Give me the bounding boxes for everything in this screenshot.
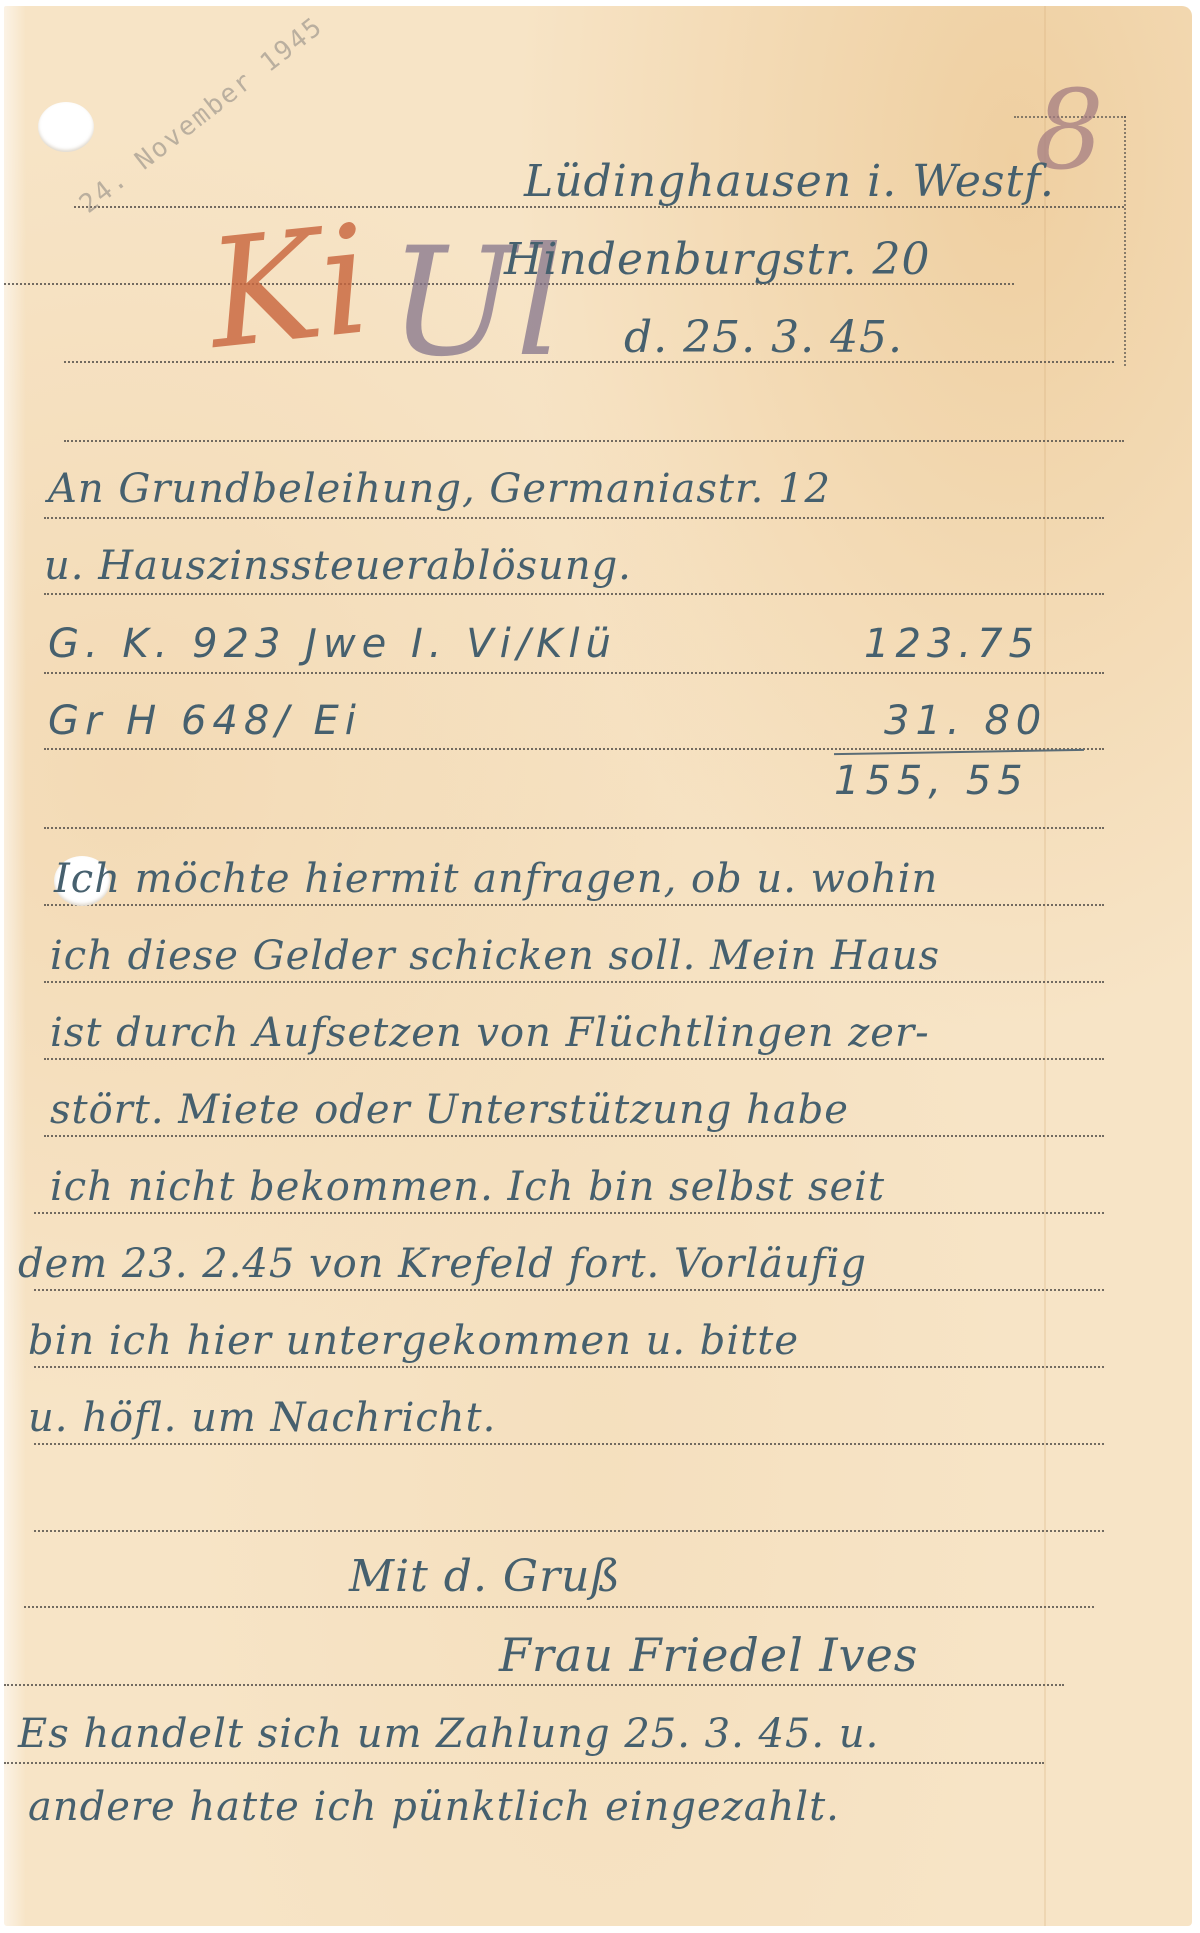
ruled-line [4,1684,1064,1686]
ruled-line [34,1289,1104,1291]
body-line: ist durch Aufsetzen von Flüchtlingen zer… [50,1010,930,1056]
ruled-line [44,1058,1104,1060]
ruled-line [34,1443,1104,1445]
account-ref: Gr H 648/ Ei [48,698,362,744]
account-amount: 123.75 [864,621,1040,667]
ruled-line [64,440,1124,442]
ruled-line [44,517,1104,519]
ruled-line [34,1366,1104,1368]
letter-paper: 8 24. November 1945 Ki Ul Lüdinghausen i… [4,6,1192,1926]
ruled-line [44,672,1104,674]
ruled-line [44,748,1104,750]
body-line: ich diese Gelder schicken soll. Mein Hau… [50,933,940,979]
ruled-line [44,904,1104,906]
sender-place: Lüdinghausen i. Westf. [524,156,1055,207]
red-pencil-initials: Ki [200,193,377,383]
ruled-line [44,981,1104,983]
body-line: bin ich hier untergekommen u. bitte [28,1318,799,1364]
body-line: Ich möchte hiermit anfragen, ob u. wohin [54,856,938,902]
body-line: stört. Miete oder Unterstützung habe [50,1087,849,1133]
punch-hole [38,102,94,152]
body-line: u. höfl. um Nachricht. [28,1395,496,1441]
recipient-line-1: An Grundbeleihung, Germaniastr. 12 [48,466,831,512]
ruled-line [44,593,1104,595]
corner-box-line [1124,116,1126,366]
letter-date: d. 25. 3. 45. [624,312,903,363]
closing: Mit d. Gruß [349,1551,621,1602]
ruled-line [44,1135,1104,1137]
ruled-line [44,827,1104,829]
body-line: ich nicht bekommen. Ich bin selbst seit [50,1164,885,1210]
postscript-line: Es handelt sich um Zahlung 25. 3. 45. u. [18,1711,879,1757]
total-amount: 155, 55 [834,758,1029,804]
ruled-line [34,1212,1104,1214]
account-amount: 31. 80 [884,698,1047,744]
ruled-line [34,1530,1104,1532]
date-stamp: 24. November 1945 [74,11,329,219]
postscript-line: andere hatte ich pünktlich eingezahlt. [28,1784,840,1830]
ruled-line [24,1606,1094,1608]
paper-fold [1044,6,1046,1926]
ruled-line [4,1762,1044,1764]
recipient-line-2: u. Hauszinssteuerablösung. [44,543,632,589]
account-ref: G. K. 923 Jwe I. Vi/Klü [48,621,617,667]
sender-street: Hindenburgstr. 20 [504,234,930,285]
body-line: dem 23. 2.45 von Krefeld fort. Vorläufig [18,1241,867,1287]
signature: Frau Friedel Ives [499,1628,918,1682]
